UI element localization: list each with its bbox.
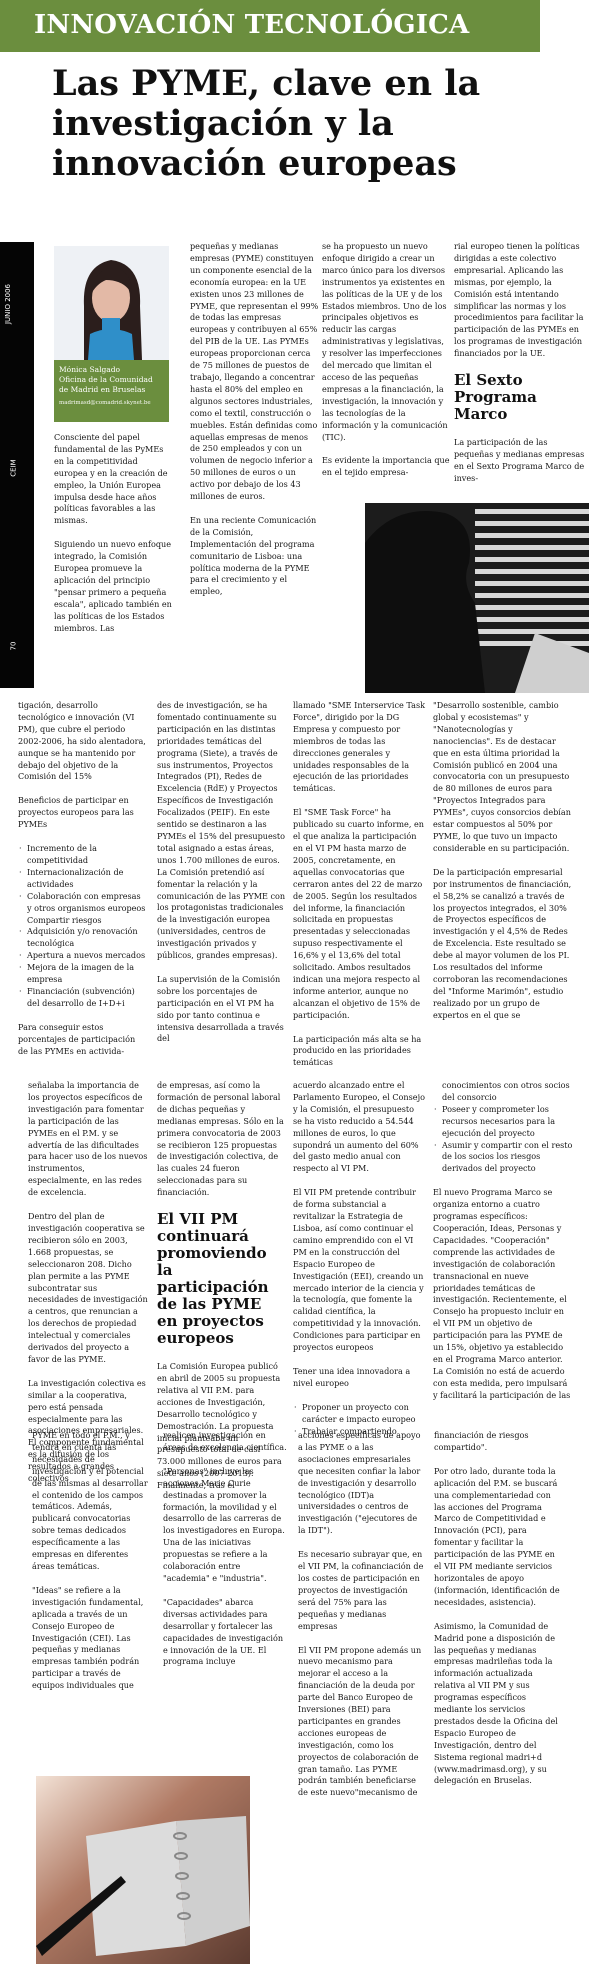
- paragraph: acuerdo alcanzado entre el Parlamento Eu…: [293, 1080, 425, 1175]
- author-org: de Madrid en Bruselas: [59, 385, 164, 395]
- article-column-4: rial europeo tienen la políticas dirigid…: [454, 241, 586, 497]
- page-title: Las PYME, clave en la investigación y la…: [52, 64, 572, 184]
- article-column-4: conocimientos con otros socios del conso…: [433, 1080, 573, 1414]
- author-portrait-image: [54, 246, 169, 360]
- issue-date: JUNIO 2006: [4, 284, 12, 324]
- article-column-1: Consciente del papel fundamental de las …: [54, 432, 172, 647]
- author-email[interactable]: madrimasd@comadrid.skynet.be: [59, 398, 164, 408]
- paragraph: En una reciente Comunicación de la Comis…: [190, 515, 320, 598]
- article-column-3: acuerdo alcanzado entre el Parlamento Eu…: [293, 1080, 425, 1449]
- page-number: 70: [9, 642, 17, 651]
- article-column-2: des de investigación, se ha fomentado co…: [157, 700, 287, 1057]
- paragraph: "Personas" incluye las acciones Marie Cu…: [163, 1466, 287, 1585]
- paragraph: El nuevo Programa Marco se organiza ento…: [433, 1187, 573, 1401]
- title-line: investigación y la: [52, 104, 572, 144]
- paragraph: des de investigación, se ha fomentado co…: [157, 700, 287, 962]
- paragraph: "Ideas" se refiere a la investigación fu…: [32, 1585, 150, 1692]
- title-line: innovación europeas: [52, 144, 572, 184]
- article-column-1: tigación, desarrollo tecnológico e innov…: [18, 700, 146, 1069]
- paragraph: financiación de riesgos compartido".: [434, 1430, 562, 1454]
- paragraph: De la participación empresarial por inst…: [433, 867, 573, 1022]
- paragraph: pequeñas y medianas empresas (PYME) cons…: [190, 241, 320, 503]
- paragraph: rial europeo tienen la políticas dirigid…: [454, 241, 586, 360]
- list-item: Asumir y compartir con el resto de los s…: [442, 1140, 573, 1176]
- publication-name: CEIM: [10, 459, 18, 476]
- subheading: El VII PM continuará promoviendo la part…: [157, 1211, 285, 1347]
- article-column-4: "Desarrollo sostenible, cambio global y …: [433, 700, 573, 1034]
- benefits-title: Beneficios de participar en proyectos eu…: [18, 795, 146, 831]
- paragraph: "Desarrollo sostenible, cambio global y …: [433, 700, 573, 855]
- article-column-2: pequeñas y medianas empresas (PYME) cons…: [190, 241, 320, 610]
- paragraph: Dentro del plan de investigación coopera…: [28, 1211, 148, 1366]
- paragraph: Es necesario subrayar que, en el VII PM,…: [298, 1549, 424, 1632]
- benefits-list: Incremento de la competitividad Internac…: [18, 843, 146, 1010]
- paragraph: tigación, desarrollo tecnológico e innov…: [18, 700, 146, 783]
- title-line: Las PYME, clave en la: [52, 64, 572, 104]
- article-column-1: PYME en todo el P.M., y tendrá en cuenta…: [32, 1430, 150, 1704]
- agenda-pen-photo: [36, 1776, 250, 1964]
- paragraph: El "SME Task Force" ha publicado su cuar…: [293, 807, 429, 1021]
- paragraph: El VII PM pretende contribuir de forma s…: [293, 1187, 425, 1354]
- article-column-3: se ha propuesto un nuevo enfoque dirigid…: [322, 241, 450, 491]
- paragraph: Tener una idea innovadora a nivel europe…: [293, 1366, 425, 1390]
- paragraph: PYME en todo el P.M., y tendrá en cuenta…: [32, 1430, 150, 1573]
- paragraph: señalaba la importancia de los proyectos…: [28, 1080, 148, 1199]
- article-column-3: llamado "SME Interservice Task Force", d…: [293, 700, 429, 1081]
- paragraph: Es evidente la importancia que en el tej…: [322, 455, 450, 479]
- author-caption: Mónica Salgado Oficina de la Comunidad d…: [54, 360, 169, 422]
- paragraph: La participación más alta se ha producid…: [293, 1034, 429, 1070]
- sidebar-strip: JUNIO 2006 CEIM 70: [0, 242, 34, 688]
- paragraph: acciones específicas de apoyo a las PYME…: [298, 1430, 424, 1537]
- author-name: Mónica Salgado: [59, 365, 164, 375]
- paragraph: El VII PM propone además un nuevo mecani…: [298, 1645, 424, 1800]
- paragraph: "Capacidades" abarca diversas actividade…: [163, 1597, 287, 1668]
- paragraph: de empresas, así como la formación de pe…: [157, 1080, 285, 1199]
- paragraph: conocimientos con otros socios del conso…: [433, 1080, 573, 1104]
- list-item: Financiación (subvención) del desarrollo…: [27, 986, 146, 1010]
- paragraph: Por otro lado, durante toda la aplicació…: [434, 1466, 562, 1609]
- article-column-3: acciones específicas de apoyo a las PYME…: [298, 1430, 424, 1811]
- section-band: INNOVACIÓN TECNOLÓGICA: [0, 0, 540, 52]
- subheading: El Sexto Programa Marco: [454, 372, 586, 423]
- paragraph: realicen investigación en áreas de excel…: [163, 1430, 287, 1454]
- conditions-list: Poseer y comprometer los recursos necesa…: [433, 1104, 573, 1175]
- paragraph: llamado "SME Interservice Task Force", d…: [293, 700, 429, 795]
- paragraph: Para conseguir estos porcentajes de part…: [18, 1022, 146, 1058]
- list-item: Poseer y comprometer los recursos necesa…: [442, 1104, 573, 1140]
- section-label: INNOVACIÓN TECNOLÓGICA: [34, 10, 469, 40]
- paragraph: La participación de las pequeñas y media…: [454, 437, 586, 485]
- paragraph: La supervisión de la Comisión sobre los …: [157, 974, 287, 1045]
- man-reading-photo: [365, 503, 589, 693]
- list-item: Proponer un proyecto con carácter e impa…: [302, 1402, 425, 1426]
- author-org: Oficina de la Comunidad: [59, 375, 164, 385]
- list-item: Adquisición y/o renovación tecnológica: [27, 926, 146, 950]
- list-item: Incremento de la competitividad: [27, 843, 146, 867]
- article-column-4: financiación de riesgos compartido". Por…: [434, 1430, 562, 1799]
- paragraph: se ha propuesto un nuevo enfoque dirigid…: [322, 241, 450, 443]
- list-item: Colaboración con empresas y otros organi…: [27, 891, 146, 927]
- paragraph: Consciente del papel fundamental de las …: [54, 432, 172, 527]
- article-column-2: realicen investigación en áreas de excel…: [163, 1430, 287, 1680]
- paragraph: Siguiendo un nuevo enfoque integrado, la…: [54, 539, 172, 634]
- list-item: Mejora de la imagen de la empresa: [27, 962, 146, 986]
- list-item: Apertura a nuevos mercados: [27, 950, 146, 962]
- author-box: Mónica Salgado Oficina de la Comunidad d…: [54, 246, 169, 418]
- paragraph: Asimismo, la Comunidad de Madrid pone a …: [434, 1621, 562, 1788]
- list-item: Internacionalización de actividades: [27, 867, 146, 891]
